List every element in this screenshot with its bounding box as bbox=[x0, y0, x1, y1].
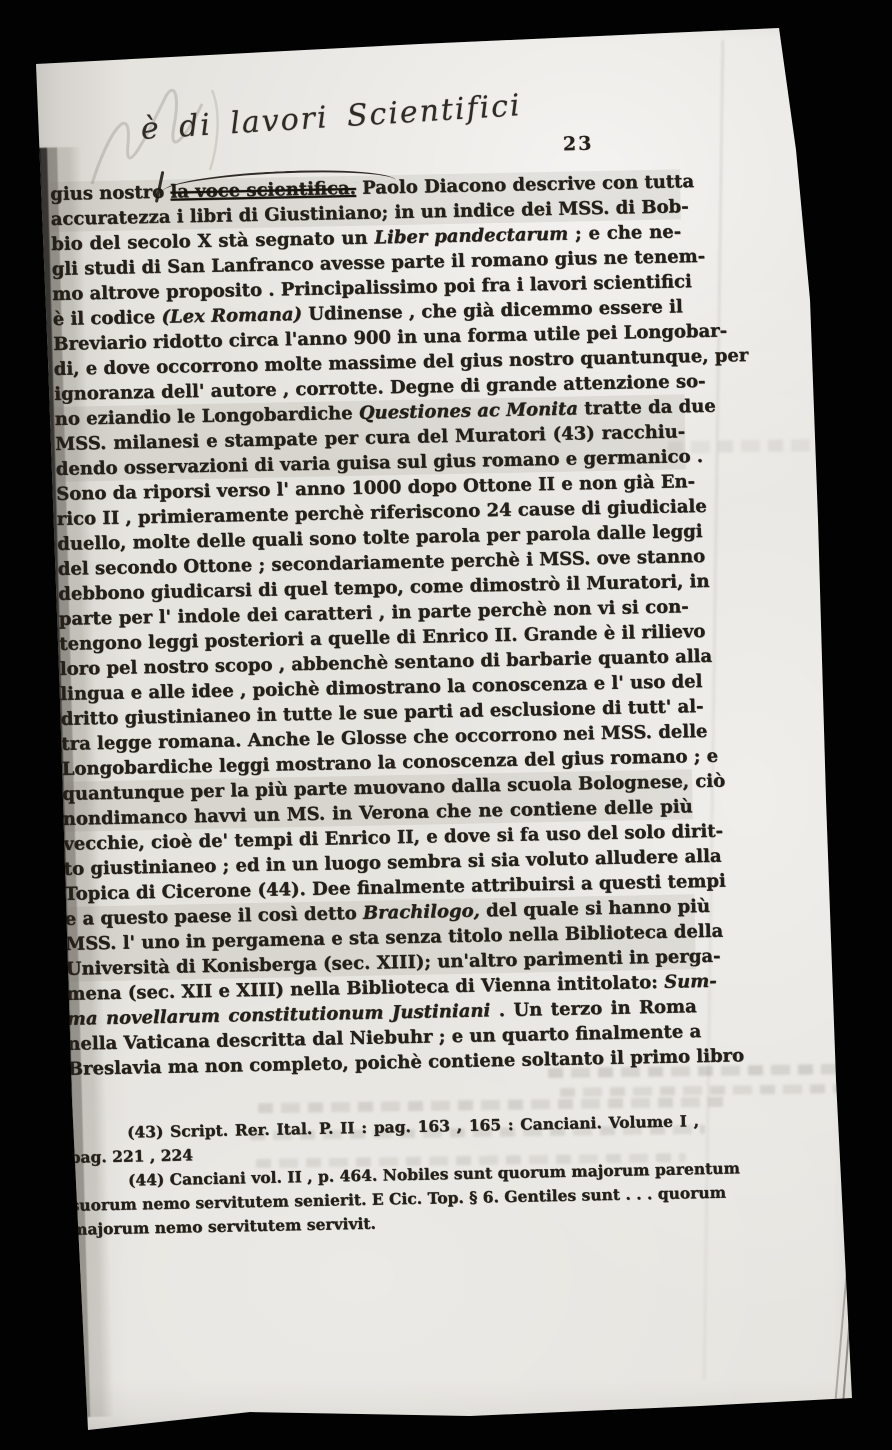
main-text: gius nostro la voce scientifica. Paolo D… bbox=[50, 169, 698, 1081]
scan-background: è di lavori Scientifici 23 gius nostro l… bbox=[0, 0, 892, 1450]
page-number: 23 bbox=[563, 133, 594, 156]
pen-struck-text: la voce scientifica. bbox=[170, 178, 356, 203]
page-text-column: gius nostro la voce scientifica. Paolo D… bbox=[50, 169, 701, 1241]
book-page: è di lavori Scientifici 23 gius nostro l… bbox=[0, 0, 892, 1450]
footnote-section: (43) Script. Rer. Ital. P. II : pag. 163… bbox=[69, 1109, 701, 1242]
crease-line bbox=[834, 1268, 848, 1408]
